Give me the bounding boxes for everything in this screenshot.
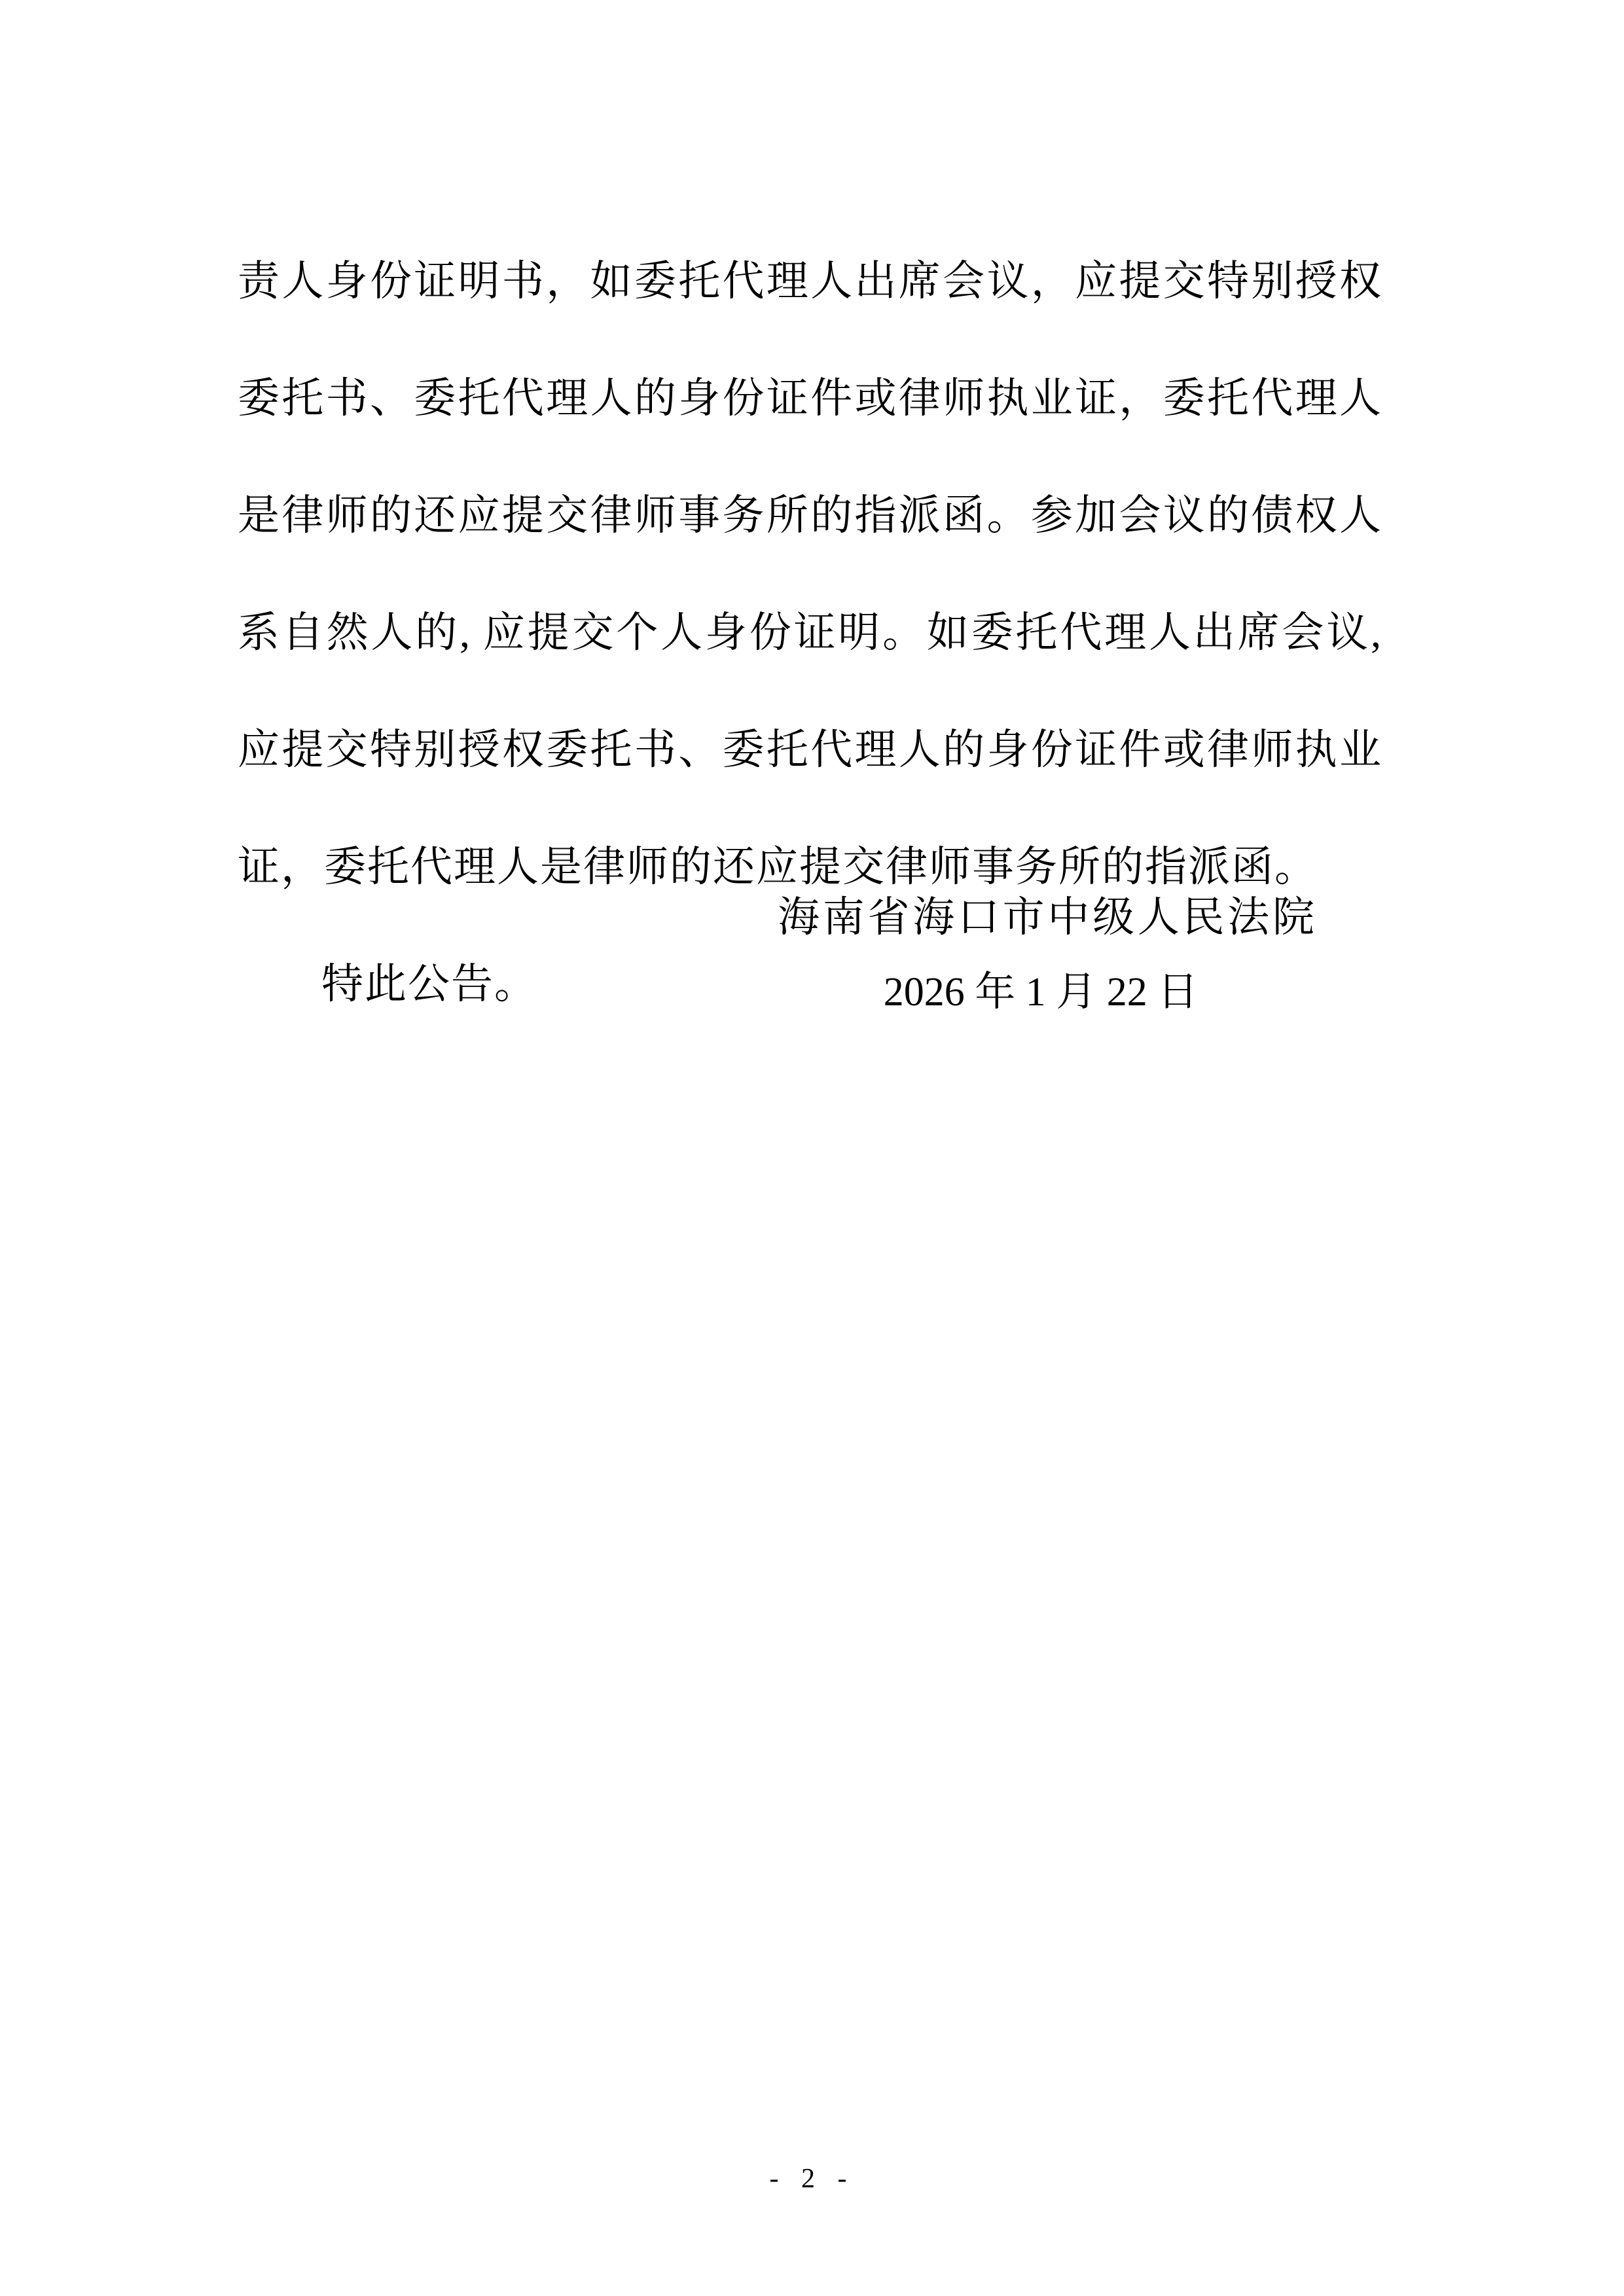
- body-line: 是律师的还应提交律师事务所的指派函。参加会议的债权人: [238, 478, 1381, 553]
- date-line: 2026 年 1 月 22 日: [857, 967, 1224, 1017]
- page-number: - 2 -: [0, 2163, 1624, 2195]
- body-line: 委托书、委托代理人的身份证件或律师执业证，委托代理人: [238, 361, 1381, 436]
- court-signature: 海南省海口市中级人民法院: [778, 891, 1314, 944]
- body-line: 系自然人的, 应提交个人身份证明。如委托代理人出席会议,: [238, 595, 1381, 670]
- body-line: 应提交特别授权委托书、委托代理人的身份证件或律师执业: [238, 712, 1381, 787]
- document-page: 责人身份证明书，如委托代理人出席会议，应提交特别授权 委托书、委托代理人的身份证…: [0, 0, 1624, 2296]
- body-line: 责人身份证明书，如委托代理人出席会议，应提交特别授权: [238, 243, 1381, 319]
